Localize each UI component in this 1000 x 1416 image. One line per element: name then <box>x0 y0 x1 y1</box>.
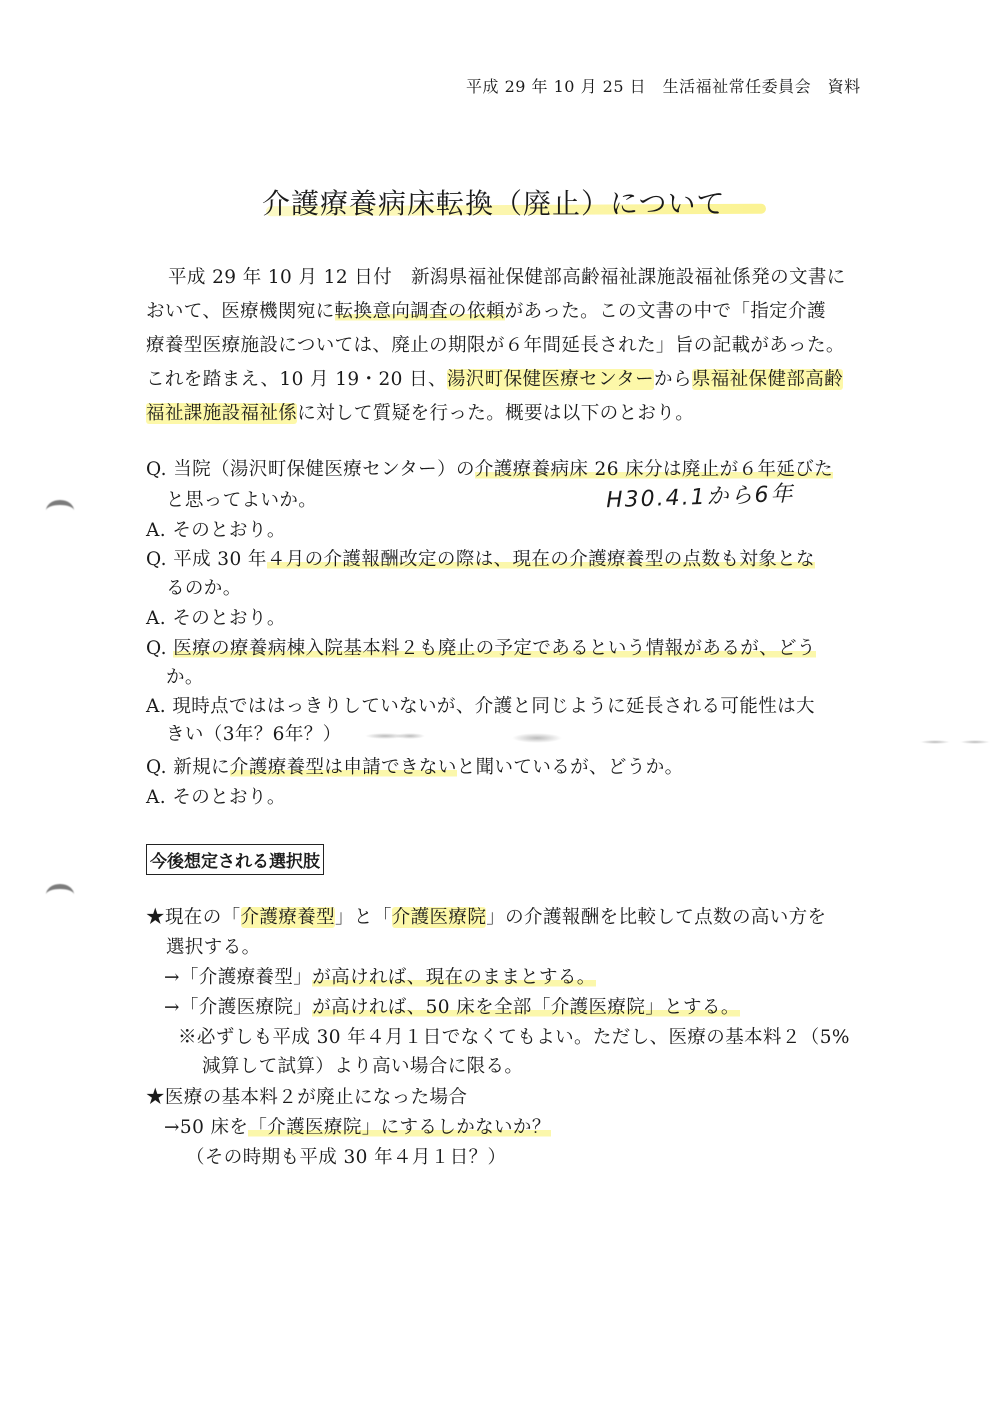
intro-line-4: これを踏まえ、10 月 19・20 日、湯沢町保健医療センターから県福祉保健部高… <box>146 365 843 391</box>
option-text: ★現在の「 <box>146 907 241 928</box>
punch-hole <box>46 884 74 905</box>
option-2-arrow: →50 床を「介護医療院」にするしかないか？ <box>164 1113 551 1139</box>
highlighted-text: 医療の療養病棟入院基本料２も廃止の予定であるという情報があるが、どう <box>173 638 816 659</box>
highlighted-text: 湯沢町保健医療センター <box>447 369 654 390</box>
scan-smudge <box>920 740 950 744</box>
option-text: →「介護療養型」 <box>164 967 312 988</box>
qa-text: Q. 当院（湯沢町保健医療センター）の <box>146 459 475 480</box>
question-2: Q. 平成 30 年４月の介護報酬改定の際は、現在の介護療養型の点数も対象とな <box>146 545 815 571</box>
answer-2: A. そのとおり。 <box>146 604 286 630</box>
highlighted-text: ４月の介護報酬改定の際は、現在の介護療養型の点数も対象とな <box>267 549 815 570</box>
highlighted-text: 介護療養型は申請できない <box>230 757 457 778</box>
intro-line-3: 療養型医療施設については、廃止の期限が６年間延長された」旨の記載があった。 <box>146 331 845 357</box>
scan-smudge <box>960 740 990 744</box>
highlighted-text: 福祉課施設福祉係 <box>146 403 297 424</box>
document-title: 介護療養病床転換（廃止）について <box>262 182 725 222</box>
option-text: →「介護医療院」 <box>164 997 312 1018</box>
option-1-arrow-2: →「介護医療院」が高ければ、50 床を全部「介護医療院」とする。 <box>164 993 740 1019</box>
qa-text: Q. 新規に <box>146 757 230 778</box>
option-1-cont: 選択する。 <box>166 933 261 959</box>
option-1-note-cont: 減算して試算）より高い場合に限る。 <box>202 1052 523 1078</box>
intro-line-1: 平成 29 年 10 月 12 日付 新潟県福祉保健部高齢福祉課施設福祉係発の文… <box>168 263 846 289</box>
option-2: ★医療の基本料２が廃止になった場合 <box>146 1083 467 1109</box>
highlighted-text: 転換意向調査の依頼 <box>335 301 505 322</box>
qa-text: と聞いているが、どうか。 <box>457 757 684 778</box>
intro-text: これを踏まえ、10 月 19・20 日、 <box>146 369 447 390</box>
intro-text: に対して質疑を行った。概要は以下のとおり。 <box>297 403 694 424</box>
highlighted-text: 県福祉保健部高齢 <box>692 369 843 390</box>
qa-text: Q. 平成 30 年 <box>146 549 267 570</box>
scan-smudge <box>395 733 425 739</box>
option-1-arrow-1: →「介護療養型」が高ければ、現在のままとする。 <box>164 963 596 989</box>
question-3-cont: か。 <box>166 663 204 689</box>
intro-text: があった。この文書の中で「指定介護 <box>505 301 826 322</box>
options-heading: 今後想定される選択肢 <box>146 844 324 875</box>
option-text: →50 床を <box>164 1117 248 1138</box>
question-4: Q. 新規に介護療養型は申請できないと聞いているが、どうか。 <box>146 753 684 779</box>
highlighted-text: 介護療養型 <box>241 907 336 928</box>
punch-hole <box>46 500 74 521</box>
answer-1: A. そのとおり。 <box>146 516 286 542</box>
option-2-paren: （その時期も平成 30 年４月１日？） <box>186 1143 506 1169</box>
intro-line-5: 福祉課施設福祉係に対して質疑を行った。概要は以下のとおり。 <box>146 399 694 425</box>
highlighted-text: が高ければ、50 床を全部「介護医療院」とする。 <box>312 997 740 1018</box>
option-1: ★現在の「介護療養型」と「介護医療院」の介護報酬を比較して点数の高い方を <box>146 903 826 929</box>
option-text: 」と「 <box>335 907 392 928</box>
question-2-cont: るのか。 <box>166 574 242 600</box>
option-1-note: ※必ずしも平成 30 年４月１日でなくてもよい。ただし、医療の基本料２（5% <box>178 1023 850 1049</box>
scan-smudge <box>512 733 562 743</box>
qa-text: Q. <box>146 638 173 659</box>
answer-3-cont: きい（3年？6年？） <box>166 720 342 746</box>
answer-3: A. 現時点でははっきりしていないが、介護と同じように延長される可能性は大 <box>146 692 815 718</box>
option-text: 」の介護報酬を比較して点数の高い方を <box>486 907 826 928</box>
question-1-cont: と思ってよいか。 <box>166 486 317 512</box>
document-header: 平成 29 年 10 月 25 日 生活福祉常任委員会 資料 <box>466 74 861 97</box>
intro-line-2: おいて、医療機関宛に転換意向調査の依頼があった。この文書の中で「指定介護 <box>146 297 826 323</box>
highlighted-text: 介護医療院 <box>392 907 487 928</box>
intro-text: おいて、医療機関宛に <box>146 301 335 322</box>
highlighted-text: が高ければ、現在のままとする。 <box>312 967 596 988</box>
question-1: Q. 当院（湯沢町保健医療センター）の介護療養病床 26 床分は廃止が６年延びた <box>146 455 833 481</box>
highlighted-text: 「介護医療院」にするしかないか？ <box>248 1117 550 1138</box>
handwritten-note: H30.4.1から6年 <box>606 477 795 515</box>
question-3: Q. 医療の療養病棟入院基本料２も廃止の予定であるという情報があるが、どう <box>146 634 816 660</box>
intro-text: から <box>654 369 692 390</box>
answer-4: A. そのとおり。 <box>146 783 286 809</box>
